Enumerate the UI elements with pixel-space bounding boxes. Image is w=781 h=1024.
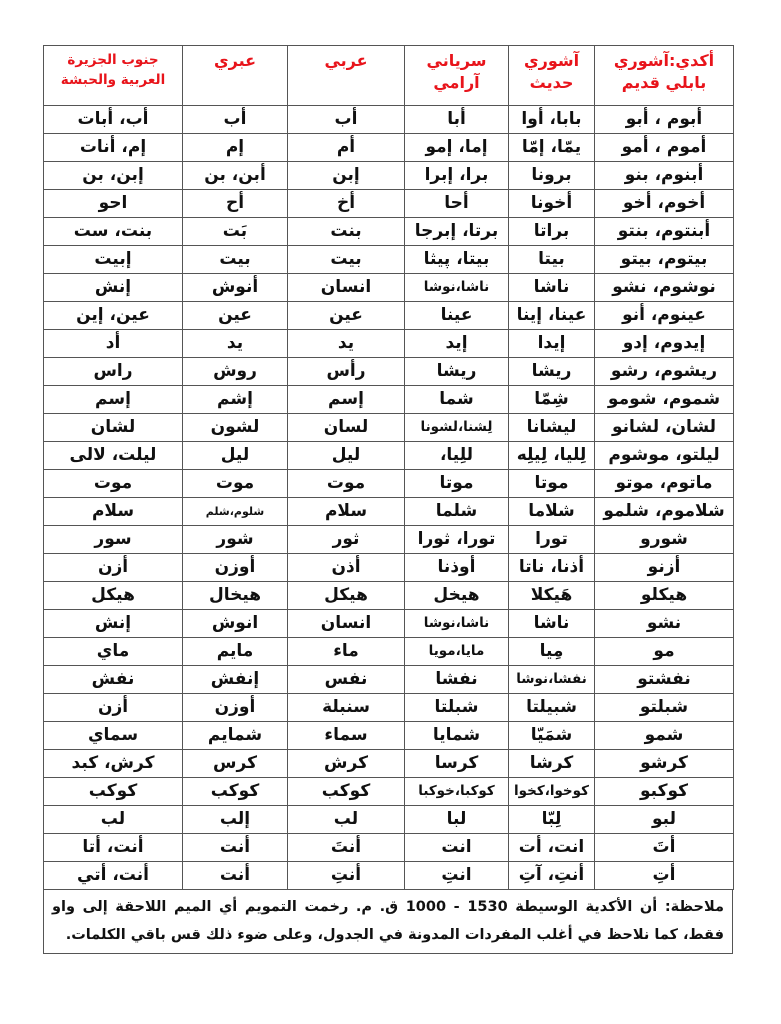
header-south-arabian-ethiopic: جنوب الجزيرة العربية والحبشة	[44, 46, 183, 106]
cell-neo-assyrian: مِيا	[509, 638, 595, 666]
cell-akkadian: ماتوم، موتو	[595, 470, 734, 498]
cell-arabic: هيكل	[288, 582, 405, 610]
cell-south-arabian-ethiopic: نفش	[44, 666, 183, 694]
table-row: بيتوم، بيتوبيتابيتا، پيثابيتبيتإبيت	[44, 246, 734, 274]
cell-akkadian: هيكلو	[595, 582, 734, 610]
cell-south-arabian-ethiopic: إنش	[44, 610, 183, 638]
cell-arabic: سلام	[288, 498, 405, 526]
table-row: نشوناشاناشا،نوشاانسانانوشإنش	[44, 610, 734, 638]
cell-syriac-aramaic: برا، إبرا	[405, 162, 509, 190]
lexicon-comparison-table: أكدي:آشوري بابلي قديم آشوري حديث سرياني …	[43, 45, 734, 890]
cell-arabic: أم	[288, 134, 405, 162]
table-row: شموم، شوموشِمّاشماإسمإشمإسم	[44, 386, 734, 414]
table-row: شبلتوشبيلتاشبلتاسنبلةأوزنأزن	[44, 694, 734, 722]
cell-neo-assyrian: يمّا، إمّا	[509, 134, 595, 162]
cell-syriac-aramaic: مايا،مويا	[405, 638, 509, 666]
table-row: لبولِبّالبالبإلبلب	[44, 806, 734, 834]
cell-neo-assyrian: ريشا	[509, 358, 595, 386]
cell-syriac-aramaic: لِشنا،لشونا	[405, 414, 509, 442]
cell-neo-assyrian: موتا	[509, 470, 595, 498]
cell-neo-assyrian: انت، أت	[509, 834, 595, 862]
cell-south-arabian-ethiopic: إبيت	[44, 246, 183, 274]
table-row: شموشمَيّاشماياسماءشمايمسماي	[44, 722, 734, 750]
cell-hebrew: ليل	[183, 442, 288, 470]
table-row: نوشوم، نشوناشاناشا،نوشاانسانأنوشإنش	[44, 274, 734, 302]
cell-south-arabian-ethiopic: عين، إين	[44, 302, 183, 330]
footnote: ملاحظة: أن الأكدية الوسيطة 1530 - 1000 ق…	[43, 890, 733, 954]
cell-akkadian: نشو	[595, 610, 734, 638]
cell-hebrew: بيت	[183, 246, 288, 274]
cell-south-arabian-ethiopic: سماي	[44, 722, 183, 750]
cell-south-arabian-ethiopic: هيكل	[44, 582, 183, 610]
cell-hebrew: هيخال	[183, 582, 288, 610]
table-header-row: أكدي:آشوري بابلي قديم آشوري حديث سرياني …	[44, 46, 734, 106]
cell-south-arabian-ethiopic: أب، أبات	[44, 106, 183, 134]
cell-hebrew: عين	[183, 302, 288, 330]
cell-neo-assyrian: أذنا، ناتا	[509, 554, 595, 582]
cell-arabic: رأس	[288, 358, 405, 386]
cell-hebrew: شلوم،شلم	[183, 498, 288, 526]
cell-syriac-aramaic: إيد	[405, 330, 509, 358]
cell-syriac-aramaic: ناشا،نوشا	[405, 274, 509, 302]
cell-neo-assyrian: شِمّا	[509, 386, 595, 414]
cell-syriac-aramaic: بيتا، پيثا	[405, 246, 509, 274]
cell-syriac-aramaic: شبلتا	[405, 694, 509, 722]
cell-south-arabian-ethiopic: أد	[44, 330, 183, 358]
cell-south-arabian-ethiopic: لب	[44, 806, 183, 834]
table-row: أتَانت، أتانتأنتَأنتأنت، أتا	[44, 834, 734, 862]
cell-akkadian: أخوم، أخو	[595, 190, 734, 218]
cell-arabic: عين	[288, 302, 405, 330]
table-body: أبوم ، أبوبابا، أواأباأبأبأب، أباتأموم ،…	[44, 106, 734, 890]
cell-syriac-aramaic: أوذنا	[405, 554, 509, 582]
cell-syriac-aramaic: أبا	[405, 106, 509, 134]
cell-syriac-aramaic: شمايا	[405, 722, 509, 750]
cell-neo-assyrian: هَيكلا	[509, 582, 595, 610]
table-row: ريشوم، رشوريشاريشارأسروشراس	[44, 358, 734, 386]
cell-syriac-aramaic: ريشا	[405, 358, 509, 386]
cell-akkadian: نفشتو	[595, 666, 734, 694]
table-row: شوروتوراتورا، ثوراثورشورسور	[44, 526, 734, 554]
cell-south-arabian-ethiopic: أنت، أتا	[44, 834, 183, 862]
cell-arabic: أب	[288, 106, 405, 134]
cell-arabic: موت	[288, 470, 405, 498]
cell-hebrew: كرس	[183, 750, 288, 778]
cell-south-arabian-ethiopic: راس	[44, 358, 183, 386]
cell-neo-assyrian: ناشا	[509, 274, 595, 302]
cell-south-arabian-ethiopic: ماي	[44, 638, 183, 666]
cell-hebrew: أوزن	[183, 554, 288, 582]
cell-arabic: أنتِ	[288, 862, 405, 890]
cell-syriac-aramaic: موتا	[405, 470, 509, 498]
cell-arabic: أنتَ	[288, 834, 405, 862]
cell-akkadian: عينوم، أنو	[595, 302, 734, 330]
cell-south-arabian-ethiopic: إم، أنات	[44, 134, 183, 162]
cell-neo-assyrian: بيتا	[509, 246, 595, 274]
cell-neo-assyrian: شبيلتا	[509, 694, 595, 722]
cell-akkadian: شورو	[595, 526, 734, 554]
cell-hebrew: أب	[183, 106, 288, 134]
cell-arabic: إسم	[288, 386, 405, 414]
cell-akkadian: ريشوم، رشو	[595, 358, 734, 386]
cell-neo-assyrian: ليشانا	[509, 414, 595, 442]
cell-syriac-aramaic: عينا	[405, 302, 509, 330]
table-row: نفشتونفشا،نوشانفشانفسإنفشنفش	[44, 666, 734, 694]
cell-syriac-aramaic: انتِ	[405, 862, 509, 890]
cell-neo-assyrian: براتا	[509, 218, 595, 246]
cell-arabic: بنت	[288, 218, 405, 246]
cell-arabic: كوكب	[288, 778, 405, 806]
cell-syriac-aramaic: كرسا	[405, 750, 509, 778]
cell-south-arabian-ethiopic: إبن، بن	[44, 162, 183, 190]
cell-akkadian: أموم ، أمو	[595, 134, 734, 162]
cell-south-arabian-ethiopic: كوكب	[44, 778, 183, 806]
cell-neo-assyrian: شمَيّا	[509, 722, 595, 750]
cell-south-arabian-ethiopic: سور	[44, 526, 183, 554]
cell-south-arabian-ethiopic: إنش	[44, 274, 183, 302]
cell-akkadian: كرشو	[595, 750, 734, 778]
cell-south-arabian-ethiopic: سلام	[44, 498, 183, 526]
table-row: لشان، لشانوليشانالِشنا،لشونالسانلشونلشان	[44, 414, 734, 442]
table-row: شلاموم، شلموشلاماشلماسلامشلوم،شلمسلام	[44, 498, 734, 526]
cell-hebrew: بَت	[183, 218, 288, 246]
table-row: أموم ، أمويمّا، إمّاإما، إموأمإمإم، أنات	[44, 134, 734, 162]
cell-south-arabian-ethiopic: ليلت، لالى	[44, 442, 183, 470]
cell-akkadian: أتِ	[595, 862, 734, 890]
cell-south-arabian-ethiopic: أزن	[44, 554, 183, 582]
cell-arabic: ماء	[288, 638, 405, 666]
cell-hebrew: إنفش	[183, 666, 288, 694]
cell-hebrew: لشون	[183, 414, 288, 442]
cell-hebrew: يد	[183, 330, 288, 358]
cell-arabic: إبن	[288, 162, 405, 190]
table-row: عينوم، أنوعينا، إيناعيناعينعينعين، إين	[44, 302, 734, 330]
cell-syriac-aramaic: إما، إمو	[405, 134, 509, 162]
table-row: ماتوم، موتوموتاموتاموتموتموت	[44, 470, 734, 498]
table-row: كرشوكرشاكرساكرشكرسكرش، كبد	[44, 750, 734, 778]
table-row: ليلتو، موشوملِليا، لِيلِهللِيا،ليلليلليل…	[44, 442, 734, 470]
cell-arabic: يد	[288, 330, 405, 358]
cell-hebrew: أنوش	[183, 274, 288, 302]
table-row: كوكبوكوخوا،كخواكوكبا،خوكباكوكبكوكبكوكب	[44, 778, 734, 806]
cell-arabic: انسان	[288, 610, 405, 638]
cell-arabic: انسان	[288, 274, 405, 302]
cell-neo-assyrian: إيدا	[509, 330, 595, 358]
cell-south-arabian-ethiopic: لشان	[44, 414, 183, 442]
cell-neo-assyrian: عينا، إينا	[509, 302, 595, 330]
document-page: أكدي:آشوري بابلي قديم آشوري حديث سرياني …	[43, 45, 733, 954]
cell-hebrew: كوكب	[183, 778, 288, 806]
cell-south-arabian-ethiopic: موت	[44, 470, 183, 498]
cell-akkadian: أبنوم، بنو	[595, 162, 734, 190]
cell-akkadian: أبوم ، أبو	[595, 106, 734, 134]
cell-south-arabian-ethiopic: بنت، ست	[44, 218, 183, 246]
cell-arabic: ليل	[288, 442, 405, 470]
cell-hebrew: أوزن	[183, 694, 288, 722]
cell-hebrew: أنت	[183, 834, 288, 862]
cell-hebrew: شمايم	[183, 722, 288, 750]
cell-arabic: أذن	[288, 554, 405, 582]
cell-akkadian: أتَ	[595, 834, 734, 862]
table-row: مومِيامايا،موياماءمايمماي	[44, 638, 734, 666]
cell-south-arabian-ethiopic: إسم	[44, 386, 183, 414]
cell-syriac-aramaic: للِيا،	[405, 442, 509, 470]
cell-syriac-aramaic: شما	[405, 386, 509, 414]
cell-hebrew: روش	[183, 358, 288, 386]
cell-syriac-aramaic: انت	[405, 834, 509, 862]
cell-hebrew: انوش	[183, 610, 288, 638]
cell-hebrew: مايم	[183, 638, 288, 666]
cell-south-arabian-ethiopic: أنت، أتي	[44, 862, 183, 890]
table-row: هيكلوهَيكلاهيخلهيكلهيخالهيكل	[44, 582, 734, 610]
cell-neo-assyrian: أنتِ، آتِ	[509, 862, 595, 890]
cell-hebrew: موت	[183, 470, 288, 498]
cell-arabic: لسان	[288, 414, 405, 442]
cell-arabic: ثور	[288, 526, 405, 554]
cell-south-arabian-ethiopic: أزن	[44, 694, 183, 722]
cell-neo-assyrian: أخونا	[509, 190, 595, 218]
table-row: أزنوأذنا، ناتاأوذناأذنأوزنأزن	[44, 554, 734, 582]
cell-akkadian: شمو	[595, 722, 734, 750]
cell-hebrew: إلب	[183, 806, 288, 834]
header-syriac-aramaic: سرياني آرامي	[405, 46, 509, 106]
cell-hebrew: إم	[183, 134, 288, 162]
cell-arabic: سنبلة	[288, 694, 405, 722]
cell-neo-assyrian: بابا، أوا	[509, 106, 595, 134]
cell-hebrew: شور	[183, 526, 288, 554]
cell-arabic: لب	[288, 806, 405, 834]
cell-akkadian: كوكبو	[595, 778, 734, 806]
table-row: أخوم، أخوأخوناأحاأخأحاحو	[44, 190, 734, 218]
table-row: أبنوم، بنوبرونابرا، إبراإبنأبن، بنإبن، ب…	[44, 162, 734, 190]
cell-neo-assyrian: برونا	[509, 162, 595, 190]
cell-neo-assyrian: شلاما	[509, 498, 595, 526]
cell-syriac-aramaic: لبا	[405, 806, 509, 834]
cell-neo-assyrian: تورا	[509, 526, 595, 554]
cell-syriac-aramaic: هيخل	[405, 582, 509, 610]
cell-neo-assyrian: نفشا،نوشا	[509, 666, 595, 694]
cell-neo-assyrian: كوخوا،كخوا	[509, 778, 595, 806]
cell-neo-assyrian: لِليا، لِيلِه	[509, 442, 595, 470]
cell-akkadian: شبلتو	[595, 694, 734, 722]
cell-neo-assyrian: لِبّا	[509, 806, 595, 834]
table-row: أبوم ، أبوبابا، أواأباأبأبأب، أبات	[44, 106, 734, 134]
cell-akkadian: ليلتو، موشوم	[595, 442, 734, 470]
cell-arabic: سماء	[288, 722, 405, 750]
cell-akkadian: نوشوم، نشو	[595, 274, 734, 302]
cell-akkadian: إيدوم، إدو	[595, 330, 734, 358]
cell-hebrew: أح	[183, 190, 288, 218]
table-row: أتِأنتِ، آتِانتِأنتِأنتأنت، أتي	[44, 862, 734, 890]
cell-syriac-aramaic: أحا	[405, 190, 509, 218]
cell-neo-assyrian: ناشا	[509, 610, 595, 638]
cell-neo-assyrian: كرشا	[509, 750, 595, 778]
cell-south-arabian-ethiopic: كرش، كبد	[44, 750, 183, 778]
cell-syriac-aramaic: ناشا،نوشا	[405, 610, 509, 638]
header-neo-assyrian: آشوري حديث	[509, 46, 595, 106]
cell-akkadian: لشان، لشانو	[595, 414, 734, 442]
cell-syriac-aramaic: برتا، إبرجا	[405, 218, 509, 246]
table-row: إيدوم، إدوإيداإيديديدأد	[44, 330, 734, 358]
cell-arabic: بيت	[288, 246, 405, 274]
cell-south-arabian-ethiopic: احو	[44, 190, 183, 218]
cell-arabic: كرش	[288, 750, 405, 778]
cell-arabic: نفس	[288, 666, 405, 694]
cell-akkadian: شموم، شومو	[595, 386, 734, 414]
header-hebrew: عبري	[183, 46, 288, 106]
cell-syriac-aramaic: كوكبا،خوكبا	[405, 778, 509, 806]
header-arabic: عربي	[288, 46, 405, 106]
cell-hebrew: أنت	[183, 862, 288, 890]
table-row: أبنتوم، بنتوبراتابرتا، إبرجابنتبَتبنت، س…	[44, 218, 734, 246]
cell-akkadian: بيتوم، بيتو	[595, 246, 734, 274]
cell-akkadian: أبنتوم، بنتو	[595, 218, 734, 246]
cell-akkadian: مو	[595, 638, 734, 666]
header-akkadian: أكدي:آشوري بابلي قديم	[595, 46, 734, 106]
cell-hebrew: إشم	[183, 386, 288, 414]
cell-akkadian: شلاموم، شلمو	[595, 498, 734, 526]
cell-syriac-aramaic: تورا، ثورا	[405, 526, 509, 554]
cell-syriac-aramaic: نفشا	[405, 666, 509, 694]
cell-hebrew: أبن، بن	[183, 162, 288, 190]
cell-syriac-aramaic: شلما	[405, 498, 509, 526]
cell-akkadian: أزنو	[595, 554, 734, 582]
cell-akkadian: لبو	[595, 806, 734, 834]
cell-arabic: أخ	[288, 190, 405, 218]
